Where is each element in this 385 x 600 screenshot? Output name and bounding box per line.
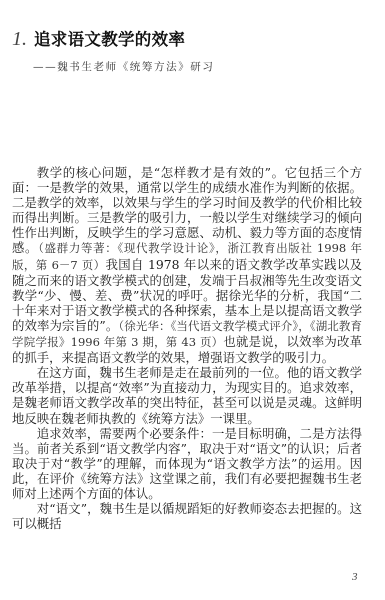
- page-number: 3: [352, 571, 358, 583]
- paragraph-text: 追求效率，需要两个必要条件：一是目标明确，二是方法得当。前者关系到“语文教学内容…: [12, 426, 362, 501]
- chapter-number: 1.: [12, 28, 27, 51]
- paragraph: 在这方面，魏书生老师是走在最前列的一位。他的语文教学改革举措，以提高“效率”为直…: [12, 365, 362, 425]
- chapter-subtitle: ——魏书生老师《统筹方法》研习: [33, 59, 215, 74]
- chapter-heading: 1. 追求语文教学的效率: [12, 26, 185, 51]
- body-text: 教学的核心问题，是“怎样教才是有效的”。它包括三个方面：一是教学的效果，通常以学…: [12, 165, 362, 531]
- paragraph: 对“语文”，魏书生是以循规蹈矩的好教师姿态去把握的。这可以概括: [12, 501, 362, 531]
- paragraph-text: 在这方面，魏书生老师是走在最前列的一位。他的语文教学改革举措，以提高“效率”为直…: [12, 365, 362, 425]
- paragraph-text: 对“语文”，魏书生是以循规蹈矩的好教师姿态去把握的。这可以概括: [12, 501, 362, 531]
- paragraph: 追求效率，需要两个必要条件：一是目标明确，二是方法得当。前者关系到“语文教学内容…: [12, 426, 362, 501]
- chapter-title: 追求语文教学的效率: [34, 26, 185, 50]
- paragraph: 教学的核心问题，是“怎样教才是有效的”。它包括三个方面：一是教学的效果，通常以学…: [12, 165, 362, 365]
